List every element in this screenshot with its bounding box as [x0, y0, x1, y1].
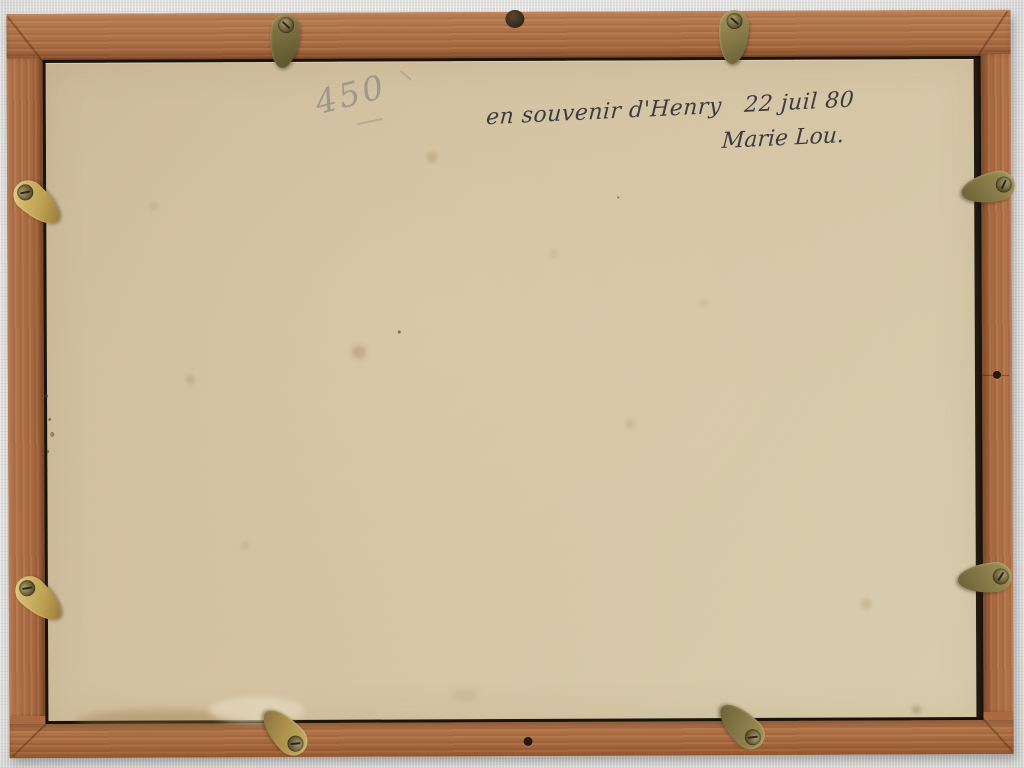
screw-slot: [290, 742, 300, 745]
foxing-spot: [911, 705, 921, 714]
brass-turn-clip-right-lower: [957, 561, 1014, 596]
screw-slot: [997, 572, 1004, 581]
photo-frame-back: en souvenir d'Henry 22 juil 80 Marie Lou…: [0, 0, 1024, 768]
dark-speck: [617, 197, 619, 199]
foxing-spot: [625, 419, 635, 429]
foxing-spot: [700, 299, 708, 307]
screw-slot: [282, 21, 291, 29]
foxing-spot: [451, 690, 477, 700]
foxing-spot: [186, 375, 195, 384]
foxing-spot: [861, 598, 872, 609]
dark-speck: [398, 330, 401, 333]
brass-turn-clip-top-right: [717, 9, 750, 65]
edge-speck: [50, 432, 54, 437]
foxing-spot: [549, 250, 557, 258]
foxing-spot: [352, 346, 366, 359]
frame-rail-right: [981, 54, 1014, 712]
hanger-screw: [505, 10, 524, 28]
wooden-frame: en souvenir d'Henry 22 juil 80 Marie Lou…: [6, 10, 1013, 758]
scratch-mark: [983, 375, 1009, 376]
nail-hole-bottom: [524, 737, 533, 746]
foxing-spot: [149, 202, 158, 211]
brass-turn-clip-top-left: [267, 13, 302, 70]
foxing-spot: [427, 152, 437, 162]
foxing-spot: [241, 541, 250, 550]
edge-speck: [44, 394, 48, 398]
screw-slot: [748, 736, 758, 739]
screw-slot: [730, 17, 739, 25]
screw-slot: [20, 191, 30, 195]
edge-speck: [46, 450, 49, 453]
screw-slot: [1001, 180, 1007, 190]
edge-speck: [48, 418, 51, 421]
screw-slot: [22, 586, 32, 590]
